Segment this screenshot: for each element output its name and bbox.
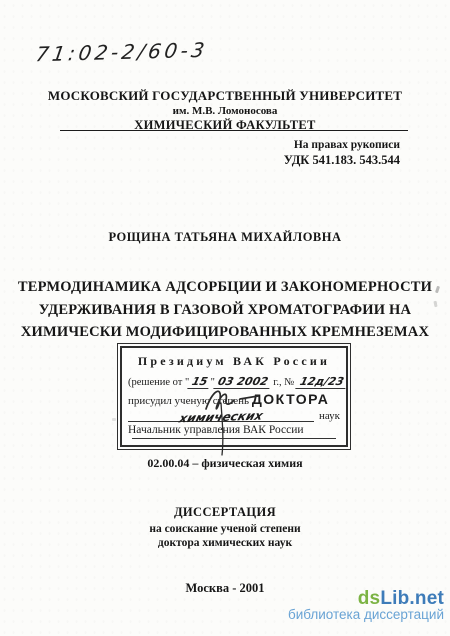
field-line: химических наук <box>128 410 340 422</box>
field-suffix: наук <box>319 410 340 422</box>
award-line: присудил ученую степень ДОКТОРА <box>128 391 340 407</box>
vak-stamp: Президиум ВАК России (решение от "15"03 … <box>117 343 351 450</box>
degree-stamped: ДОКТОРА <box>252 391 330 407</box>
dslib-logo-blue-part: Lib.net <box>380 588 444 609</box>
scan-artifact <box>112 418 116 421</box>
handwritten-day: 15 <box>188 375 213 389</box>
decision-prefix: (решение от " <box>128 377 189 388</box>
official-title: Начальник управления ВАК России <box>128 424 340 436</box>
handwritten-number: 12д/23 <box>295 375 348 389</box>
dissertation-title-page: 71:02-2/60-3 МОСКОВСКИЙ ГОСУДАРСТВЕННЫЙ … <box>0 0 450 636</box>
handwritten-inventory-number: 71:02-2/60-3 <box>34 38 209 67</box>
header-rule <box>60 130 408 131</box>
thesis-purpose-line-2: доктора химических наук <box>0 536 450 550</box>
award-text: присудил ученую степень <box>128 395 249 407</box>
decision-number-label: г., № <box>273 377 294 388</box>
vak-decision-line: (решение от "15"03 2002 г., № 12д/23 <box>128 375 340 389</box>
title-line-2: УДЕРЖИВАНИЯ В ГАЗОВОЙ ХРОМАТОГРАФИИ НА <box>0 299 450 322</box>
title-line-1: ТЕРМОДИНАМИКА АДСОРБЦИИ И ЗАКОНОМЕРНОСТИ <box>0 276 450 299</box>
specialty-code: 02.00.04 – физическая химия <box>0 456 450 471</box>
university-header: МОСКОВСКИЙ ГОСУДАРСТВЕННЫЙ УНИВЕРСИТЕТ и… <box>0 88 450 133</box>
dslib-tagline: библиотека диссертаций <box>288 608 444 622</box>
dslib-logo-green-part: ds <box>358 588 381 609</box>
manuscript-rights-block: На правах рукописи УДК 541.183. 543.544 <box>284 139 400 168</box>
dslib-watermark[interactable]: dsLib.net библиотека диссертаций <box>288 589 444 622</box>
thesis-block: ДИССЕРТАЦИЯ на соискание ученой степени … <box>0 505 450 550</box>
university-named-after: им. М.В. Ломоносова <box>0 105 450 117</box>
manuscript-rights-note: На правах рукописи <box>284 139 400 151</box>
signature-line <box>132 438 336 439</box>
author-name: РОЩИНА ТАТЬЯНА МИХАЙЛОВНА <box>0 230 450 245</box>
handwritten-month-year: 03 2002 <box>213 375 272 389</box>
vak-stamp-title: Президиум ВАК России <box>128 354 340 369</box>
thesis-type: ДИССЕРТАЦИЯ <box>0 505 450 520</box>
field-underline: химических <box>128 410 314 422</box>
dissertation-title: ТЕРМОДИНАМИКА АДСОРБЦИИ И ЗАКОНОМЕРНОСТИ… <box>0 276 450 344</box>
handwritten-field: химических <box>175 410 267 423</box>
university-name: МОСКОВСКИЙ ГОСУДАРСТВЕННЫЙ УНИВЕРСИТЕТ <box>0 88 450 104</box>
title-line-3: ХИМИЧЕСКИ МОДИФИЦИРОВАННЫХ КРЕМНЕЗЕМАХ <box>0 321 450 344</box>
vak-stamp-inner-border: Президиум ВАК России (решение от "15"03 … <box>120 346 348 447</box>
dslib-logo[interactable]: dsLib.net <box>288 589 444 608</box>
udk-code: УДК 541.183. 543.544 <box>284 153 400 168</box>
thesis-purpose-line-1: на соискание ученой степени <box>0 522 450 536</box>
